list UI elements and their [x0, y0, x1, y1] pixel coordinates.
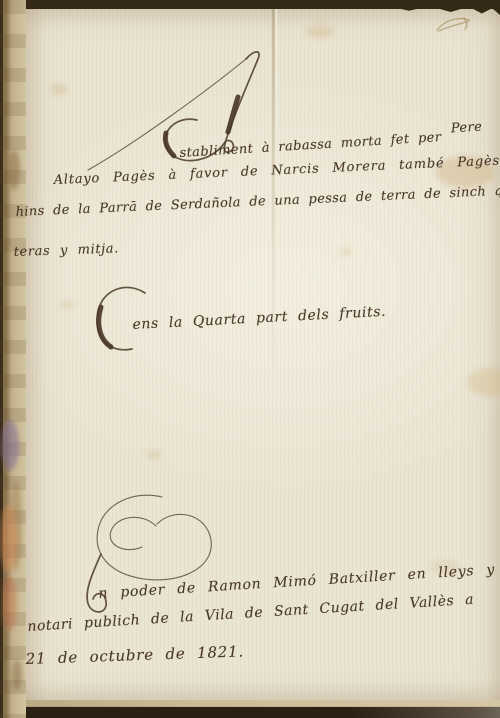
binding-stain — [8, 150, 20, 190]
initial-E-enpoder-flourish — [78, 462, 228, 627]
bottom-page-edge — [0, 700, 500, 707]
foxing-stain — [306, 26, 334, 38]
binding-edge — [0, 0, 26, 718]
binding-stain — [12, 660, 22, 690]
orange-edge-smudge — [2, 576, 17, 631]
orange-edge-smudge — [0, 505, 17, 573]
manuscript-scan: stabliment à rabassa morta fet perPere A… — [0, 0, 500, 718]
bottom-scan-margin — [0, 707, 500, 718]
foxing-stain — [60, 300, 74, 309]
foxing-stain — [340, 248, 352, 256]
body-line-1-raised-word: Pere — [450, 120, 482, 137]
foxing-stain — [146, 450, 161, 459]
corner-ink-mark — [434, 14, 474, 36]
foxing-stain — [50, 84, 68, 95]
purple-edge-smudge — [1, 420, 19, 470]
